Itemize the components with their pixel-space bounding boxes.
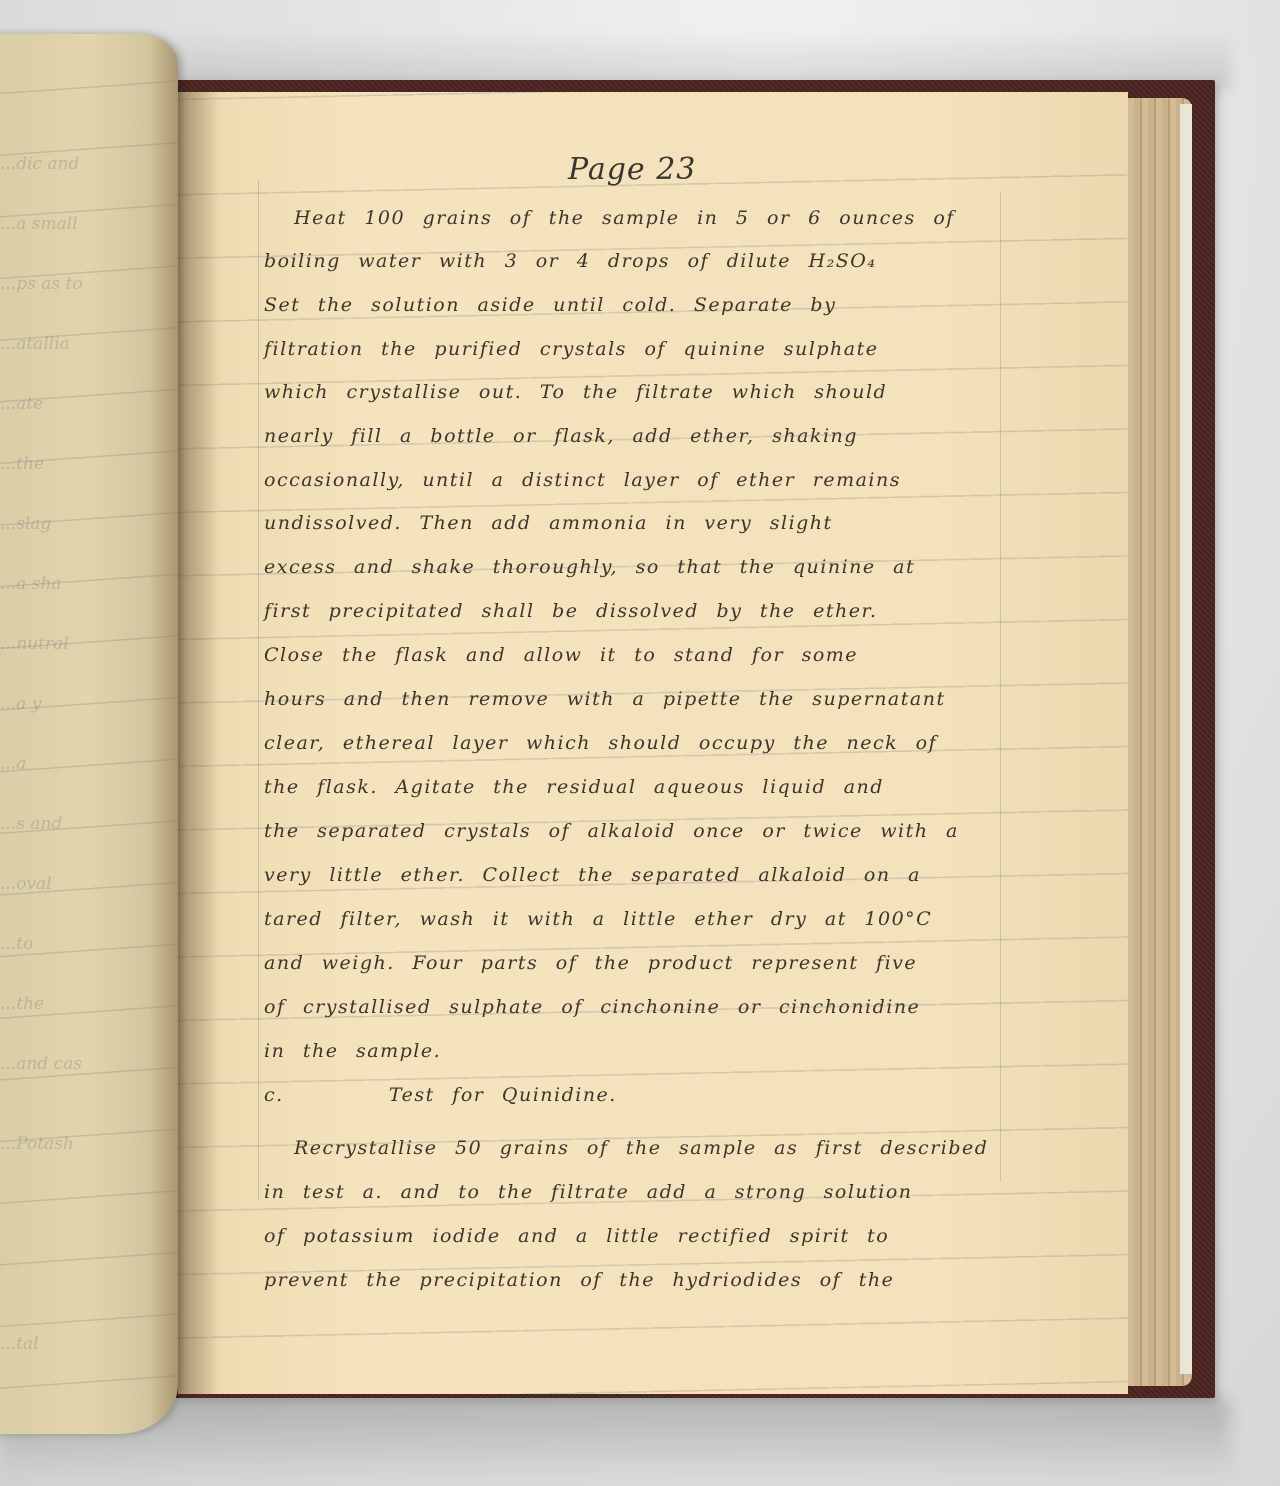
ghost-text: ...a [0,754,26,774]
ghost-text: ...a small [0,214,78,234]
ghost-text: ...the [0,994,44,1014]
ghost-text: ...tal [0,1334,39,1354]
text-line: and weigh. Four parts of the product rep… [264,952,917,974]
text-line: occasionally, until a distinct layer of … [264,469,901,491]
text-line: clear, ethereal layer which should occup… [264,732,937,754]
ghost-text: ...and cas [0,1054,82,1074]
endpaper-strip [1180,104,1192,1374]
text-line: in the sample. [264,1040,441,1062]
right-margin-rule [1000,192,1001,1182]
text-line: tared filter, wash it with a little ethe… [264,908,932,930]
text-line: the separated crystals of alkaloid once … [264,820,959,842]
text-line: undissolved. Then add ammonia in very sl… [264,512,833,534]
text-line: boiling water with 3 or 4 drops of dilut… [264,250,876,272]
ghost-text: ...nutral [0,634,69,654]
ghost-text: ...ate [0,394,43,414]
text-line: excess and shake thoroughly, so that the… [264,556,915,578]
text-line: the flask. Agitate the residual aqueous … [264,776,884,798]
text-line: filtration the purified crystals of quin… [264,338,878,360]
ghost-text: ...dic and [0,154,79,174]
text-line: of crystallised sulphate of cinchonine o… [264,996,920,1018]
text-line: which crystallise out. To the filtrate w… [264,381,887,403]
ghost-text: ...ps as to [0,274,83,294]
text-line: in test a. and to the filtrate add a str… [264,1181,913,1203]
text-line: very little ether. Collect the separated… [264,864,921,886]
ghost-text: ...to [0,934,33,954]
ghost-text: ...oval [0,874,52,894]
page-title: Page 23 [568,152,696,187]
ghost-text: ...the [0,454,44,474]
text-line: Recrystallise 50 grains of the sample as… [294,1137,988,1159]
text-line: prevent the precipitation of the hydriod… [264,1269,894,1291]
facing-page-left: ...dic and ...a small ...ps as to ...ata… [0,34,178,1434]
text-line: Close the flask and allow it to stand fo… [264,644,858,666]
notebook-page: Page 23 Heat 100 grains of the sample in… [178,92,1128,1394]
left-ruled-lines [0,34,178,1434]
ghost-text: ...Potash [0,1134,74,1154]
text-line: of potassium iodide and a little rectifi… [264,1225,889,1247]
text-line: Set the solution aside until cold. Separ… [264,294,836,316]
ghost-text: ...a sha [0,574,62,594]
ghost-text: ...s and [0,814,62,834]
left-margin-rule [258,180,259,1200]
text-line: first precipitated shall be dissolved by… [264,600,877,622]
book-shadow-bottom [0,1400,1230,1480]
text-line: Heat 100 grains of the sample in 5 or 6 … [294,207,955,229]
section-heading: c. Test for Quinidine. [264,1084,617,1106]
text-line: nearly fill a bottle or flask, add ether… [264,425,858,447]
ghost-text: ...atallia [0,334,70,354]
ghost-text: ...a y [0,694,41,714]
ghost-text: ...slag [0,514,51,534]
text-line: hours and then remove with a pipette the… [264,688,946,710]
gutter-shadow [178,92,218,1394]
